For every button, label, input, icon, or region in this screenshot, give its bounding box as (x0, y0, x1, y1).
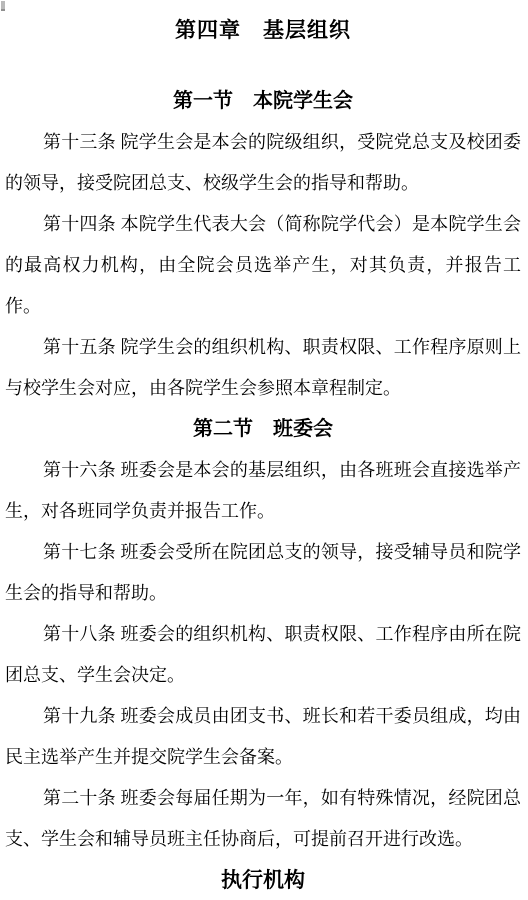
article-13: 第十三条 院学生会是本会的院级组织，受院党总支及校团委的领导，接受院团总支、校级… (5, 122, 521, 204)
corner-artifact (1, 1, 5, 11)
article-14: 第十四条 本院学生代表大会（简称院学代会）是本院学生会的最高权力机构，由全院会员… (5, 204, 521, 327)
article-20: 第二十条 班委会每届任期为一年，如有特殊情况，经院团总支、学生会和辅导员班主任协… (5, 778, 521, 860)
article-17: 第十七条 班委会受所在院团总支的领导，接受辅导员和院学生会的指导和帮助。 (5, 532, 521, 614)
document-page: 第四章 基层组织 第一节 本院学生会 第十三条 院学生会是本会的院级组织，受院党… (0, 0, 528, 900)
section-2-heading: 第二节 班委会 (5, 409, 521, 450)
section-1-heading: 第一节 本院学生会 (5, 81, 521, 122)
chapter-title: 第四章 基层组织 (5, 10, 521, 51)
article-16: 第十六条 班委会是本会的基层组织，由各班班会直接选举产生，对各班同学负责并报告工… (5, 450, 521, 532)
article-15: 第十五条 院学生会的组织机构、职责权限、工作程序原则上与校学生会对应，由各院学生… (5, 327, 521, 409)
title-spacer (5, 51, 521, 81)
article-19: 第十九条 班委会成员由团支书、班长和若干委员组成，均由民主选举产生并提交院学生会… (5, 696, 521, 778)
executive-body-heading: 执行机构 (5, 860, 521, 900)
article-18: 第十八条 班委会的组织机构、职责权限、工作程序由所在院团总支、学生会决定。 (5, 614, 521, 696)
